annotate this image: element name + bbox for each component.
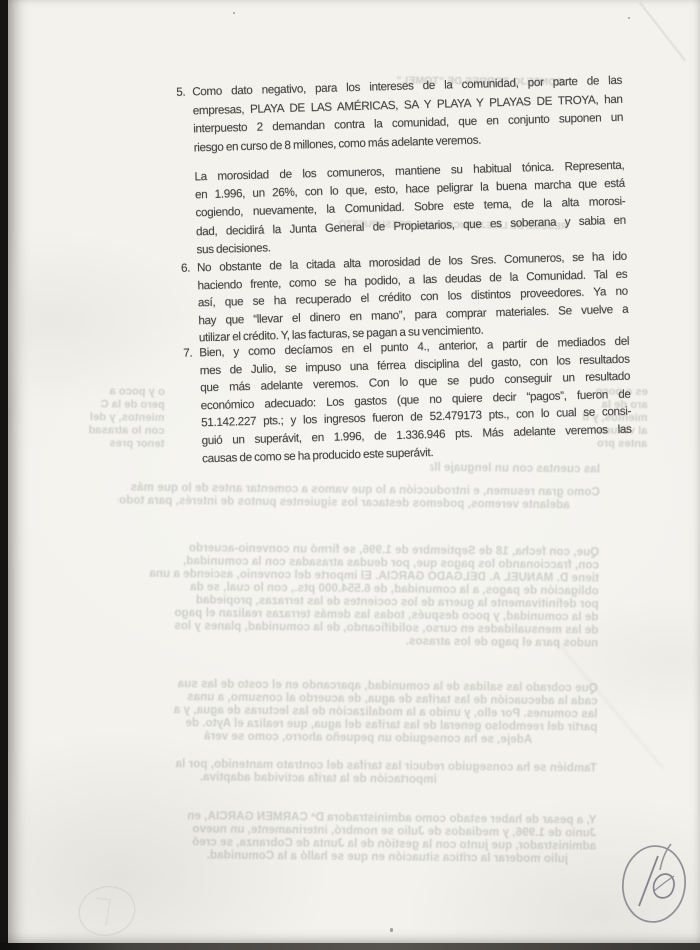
ghost-bleedthrough-line: Adeje, se ha conseguido un pequeño ahorr… [112, 729, 532, 745]
ghost-bleedthrough-line: de las mensualidades en curso, solidific… [126, 620, 598, 637]
ghost-bleedthrough-line: pero de la C [89, 398, 165, 411]
ghost-bleedthrough-line: mientos, y del [88, 411, 164, 424]
ghost-bleedthrough-line: tiene D. MANUEL A. DELGADO GARCÍA. El im… [127, 568, 599, 585]
typed-text-layer: 5.Como dato negativo, para los intereses… [168, 72, 628, 84]
handwritten-circled-page-number [614, 840, 694, 926]
scanner-edge-left [0, 0, 8, 950]
ghost-bleedthrough-line: Junio de 1.996, y mediados de Julio se n… [108, 822, 596, 839]
ghost-bleedthrough-line: importación de la tarifa actividad adapt… [137, 771, 437, 786]
ghost-bleedthrough-line: Que cobrado las salidas de la comunidad,… [113, 677, 598, 694]
ghost-bleedthrough-line: cada la adecuación de las tarifas de agu… [113, 690, 598, 707]
ghost-bleedthrough-line: las comunes. Por ello, y unido a la moda… [112, 703, 597, 720]
ghost-bleedthrough-line: adelante veremos, podemos destacar los s… [118, 495, 570, 512]
paper-crease-top-right [639, 2, 685, 61]
handwritten-page-number-value: 10 [8, 0, 9, 1]
ghost-bleedthrough-line: administrador, que junto con la gestión … [108, 835, 596, 852]
scanner-edge-bottom [0, 942, 700, 950]
paragraph-block: 7.Bien, y como decíamos en el punto 4., … [183, 333, 632, 468]
ghost-bleedthrough-line: tenor pres [88, 437, 164, 450]
ghost-bleedthrough-line: Como gran resumen, e introducción a lo q… [118, 482, 600, 499]
ghost-bleedthrough-line: con, fraccionando los pagos que, por deu… [127, 555, 599, 572]
paper-crease-mid-right [555, 640, 664, 769]
paragraph-block: La morosidad de los comuneros, mantiene … [178, 157, 626, 260]
ghost-bleedthrough-line: partir del reembolso general de las tari… [112, 716, 597, 733]
ghost-bleedthrough-line: nudos para el pago de los atrasos. [388, 635, 598, 649]
scanned-document-page: { "document": { "kind": "scanned typewri… [0, 0, 700, 950]
paper-speck [390, 928, 393, 932]
paragraph-block: 6.No obstante de la citada alta morosida… [181, 248, 629, 348]
ghost-bleedthrough-line: las cuentas con un lenguaje llano. [430, 462, 600, 476]
ghost-circled-page-number [74, 882, 140, 940]
ghost-bleedthrough-line: con lo atrasad [88, 424, 164, 437]
ghost-bleedthrough-line: También se ha conseguido reducir las tar… [110, 757, 597, 774]
ghost-bleedthrough-line: Y, a pesar de haber estado como administ… [108, 809, 596, 826]
ghost-bleedthrough-line: por definitivamente la guerra de los coc… [127, 594, 599, 611]
ghost-bleedthrough-line: obligación de pagos, a la comunidad, de … [127, 581, 599, 598]
ghost-bleedthrough-line: julio moderar la crítica situación en qu… [108, 848, 568, 865]
ghost-bleedthrough-line: Que, con fecha, 18 de Septiembre de 1.99… [127, 542, 599, 559]
paper-sheet: CONSEJO TORRES DE “TOMEL”RESUME DE LA EJ… [8, 0, 700, 943]
ghost-bleedthrough-line: o y poco a [89, 385, 165, 398]
ghost-bleedthrough-line: de la comunidad, y poco después, todas l… [126, 607, 598, 624]
ghost-page-number-value: 7 [8, 0, 9, 1]
paragraph-number: 5. [176, 84, 186, 103]
paragraph-number: 7. [183, 344, 193, 362]
paragraph-block: 5.Como dato negativo, para los intereses… [176, 72, 624, 158]
paper-speck [628, 17, 630, 19]
paragraph-number: 6. [181, 259, 191, 277]
paper-speck [233, 12, 235, 14]
